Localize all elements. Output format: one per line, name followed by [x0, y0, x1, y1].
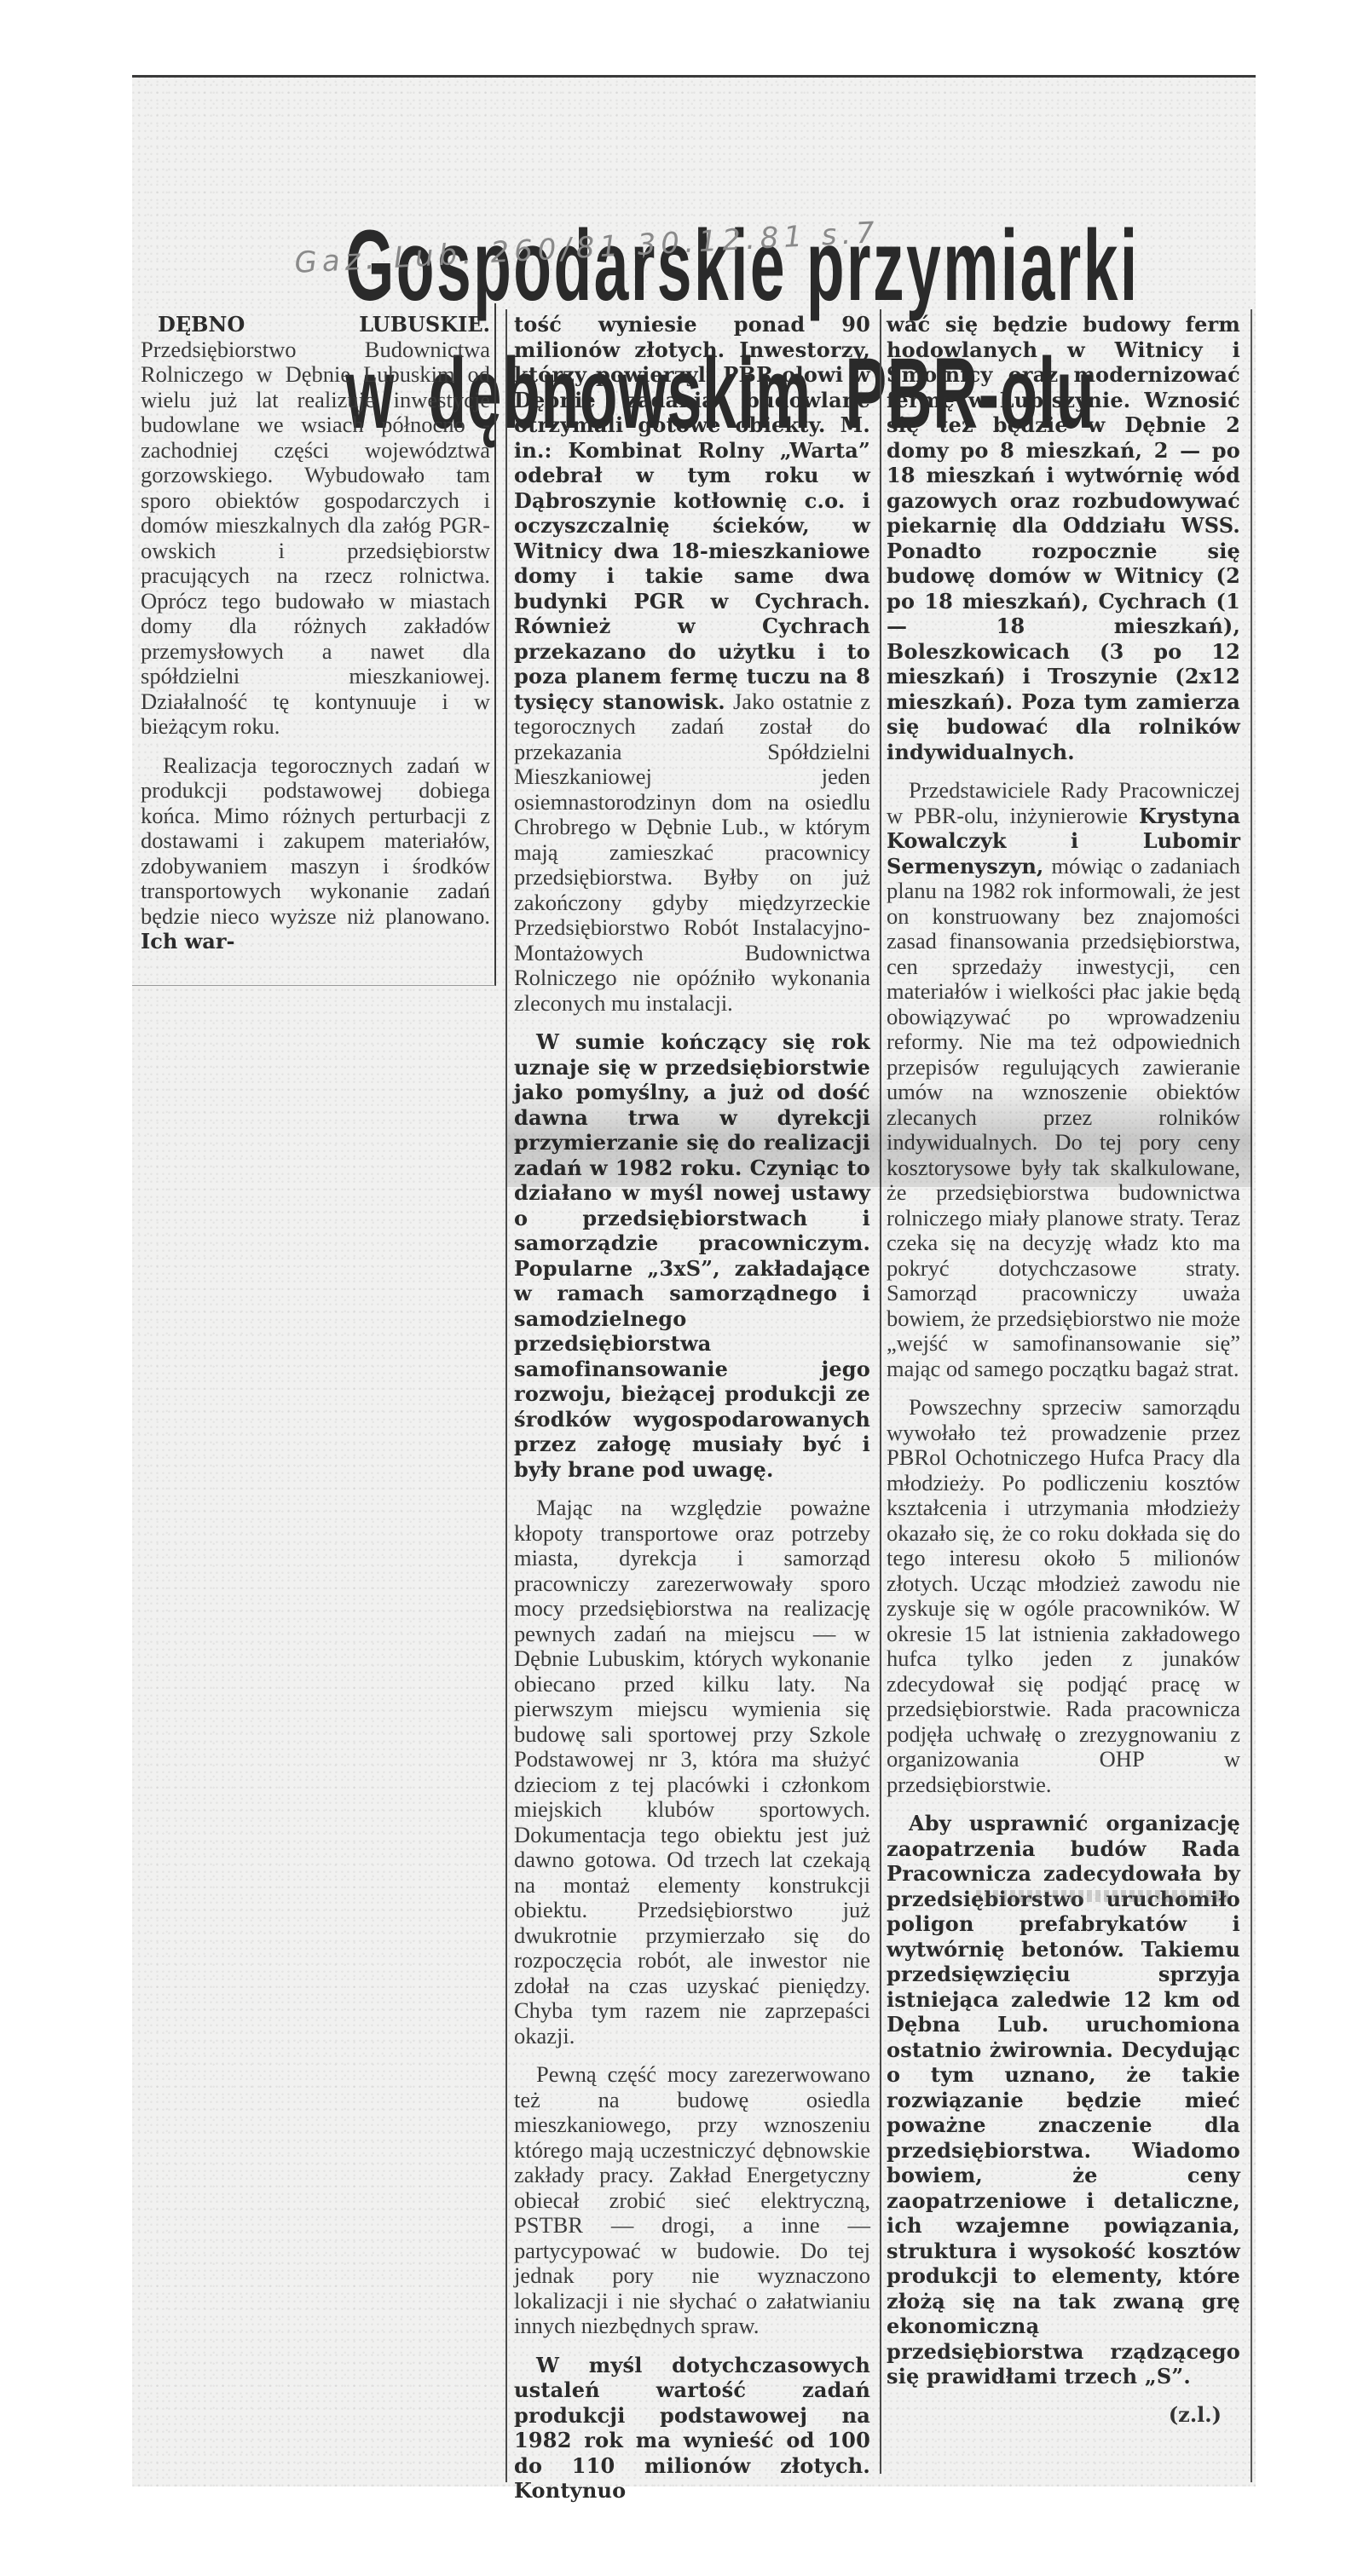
faint-stamp-mark [976, 1890, 1232, 1902]
paragraph: tość wyniesie ponad 90 milionów złotych.… [514, 312, 870, 1016]
right-border [1251, 309, 1252, 2482]
author-signature: (z.l.) [1169, 2402, 1222, 2427]
column-divider-2 [880, 309, 881, 2474]
paragraph: Realizacja tegorocznych zadań w produkcj… [141, 753, 490, 954]
article-column-3: wać się będzie budowy ferm hodowlanych w… [887, 312, 1240, 2403]
paragraph: Pewną część mocy zarezerwowano też na bu… [514, 2062, 870, 2339]
paragraph: DĘBNO LUBUSKIE. Przedsiębiorstwo Budowni… [141, 312, 490, 740]
paragraph: wać się będzie budowy ferm hodowlanych w… [887, 312, 1240, 764]
paragraph: Mając na względzie poważne kłopoty trans… [514, 1495, 870, 2049]
paragraph: W myśl dotychczasowych ustaleń wartość z… [514, 2353, 870, 2504]
column-divider-1 [505, 309, 507, 2482]
paragraph: Przedstawiciele Rady Pracowniczej w PBR-… [887, 778, 1240, 1381]
dateline: DĘBNO LUBUSKIE. [158, 312, 490, 337]
article-column-2: tość wyniesie ponad 90 milionów złotych.… [514, 312, 870, 2517]
scan-shadow-band [507, 1085, 1252, 1187]
paragraph: Powszechny sprzeciw samorządu wywołało t… [887, 1395, 1240, 1797]
newspaper-clipping: Gospodarskie przymiarki w dębnowskim PBR… [132, 75, 1256, 2487]
article-column-1: DĘBNO LUBUSKIE. Przedsiębiorstwo Budowni… [141, 312, 490, 968]
top-rule [132, 75, 1256, 78]
